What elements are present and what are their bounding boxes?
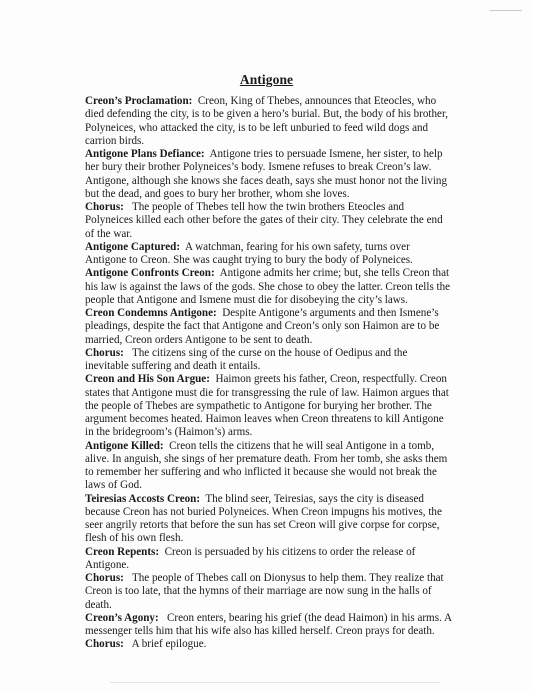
entry-text: The people of Thebes tell how the twin b…: [85, 201, 443, 240]
entry-heading: Creon and His Son Argue:: [85, 373, 210, 385]
scan-artifact-bottom: [110, 682, 440, 683]
entry-heading: Antigone Plans Defiance:: [85, 148, 205, 160]
entry-creon-condemns-antigone: Creon Condemns Antigone: Despite Antigon…: [85, 307, 453, 347]
entry-text: A brief epilogue.: [132, 638, 207, 650]
entry-antigone-confronts-creon: Antigone Confronts Creon: Antigone admit…: [85, 267, 453, 307]
entry-heading: Teiresias Accosts Creon:: [85, 493, 200, 505]
document-title: Antigone: [0, 72, 533, 88]
entry-heading: Antigone Captured:: [85, 241, 180, 253]
entry-creons-agony: Creon’s Agony: Creon enters, bearing his…: [85, 612, 453, 639]
entry-heading: Creon Repents:: [85, 546, 159, 558]
entry-text: The people of Thebes call on Dionysus to…: [85, 572, 444, 611]
entry-heading: Chorus:: [85, 638, 124, 650]
entry-chorus-2: Chorus: The citizens sing of the curse o…: [85, 347, 453, 374]
scan-artifact-top: [490, 10, 522, 11]
entry-text: The citizens sing of the curse on the ho…: [85, 347, 407, 372]
entry-creons-proclamation: Creon’s Proclamation: Creon, King of The…: [85, 95, 453, 148]
scanned-page: Antigone Creon’s Proclamation: Creon, Ki…: [0, 0, 533, 690]
entry-creon-repents: Creon Repents: Creon is persuaded by his…: [85, 546, 453, 573]
entry-heading: Chorus:: [85, 201, 124, 213]
entry-chorus-3: Chorus: The people of Thebes call on Dio…: [85, 572, 453, 612]
entry-heading: Creon’s Proclamation:: [85, 95, 192, 107]
entry-heading: Chorus:: [85, 572, 124, 584]
entry-heading: Antigone Confronts Creon:: [85, 267, 215, 279]
entry-antigone-plans-defiance: Antigone Plans Defiance: Antigone tries …: [85, 148, 453, 201]
entry-creon-and-his-son-argue: Creon and His Son Argue: Haimon greets h…: [85, 373, 453, 439]
entry-antigone-killed: Antigone Killed: Creon tells the citizen…: [85, 440, 453, 493]
entry-chorus-epilogue: Chorus: A brief epilogue.: [85, 638, 453, 651]
entry-teiresias-accosts-creon: Teiresias Accosts Creon: The blind seer,…: [85, 493, 453, 546]
entry-heading: Antigone Killed:: [85, 440, 164, 452]
entry-chorus-1: Chorus: The people of Thebes tell how th…: [85, 201, 453, 241]
entry-antigone-captured: Antigone Captured: A watchman, fearing f…: [85, 241, 453, 268]
entry-heading: Creon’s Agony:: [85, 612, 159, 624]
entry-heading: Chorus:: [85, 347, 124, 359]
document-body: Creon’s Proclamation: Creon, King of The…: [85, 95, 453, 652]
entry-heading: Creon Condemns Antigone:: [85, 307, 217, 319]
